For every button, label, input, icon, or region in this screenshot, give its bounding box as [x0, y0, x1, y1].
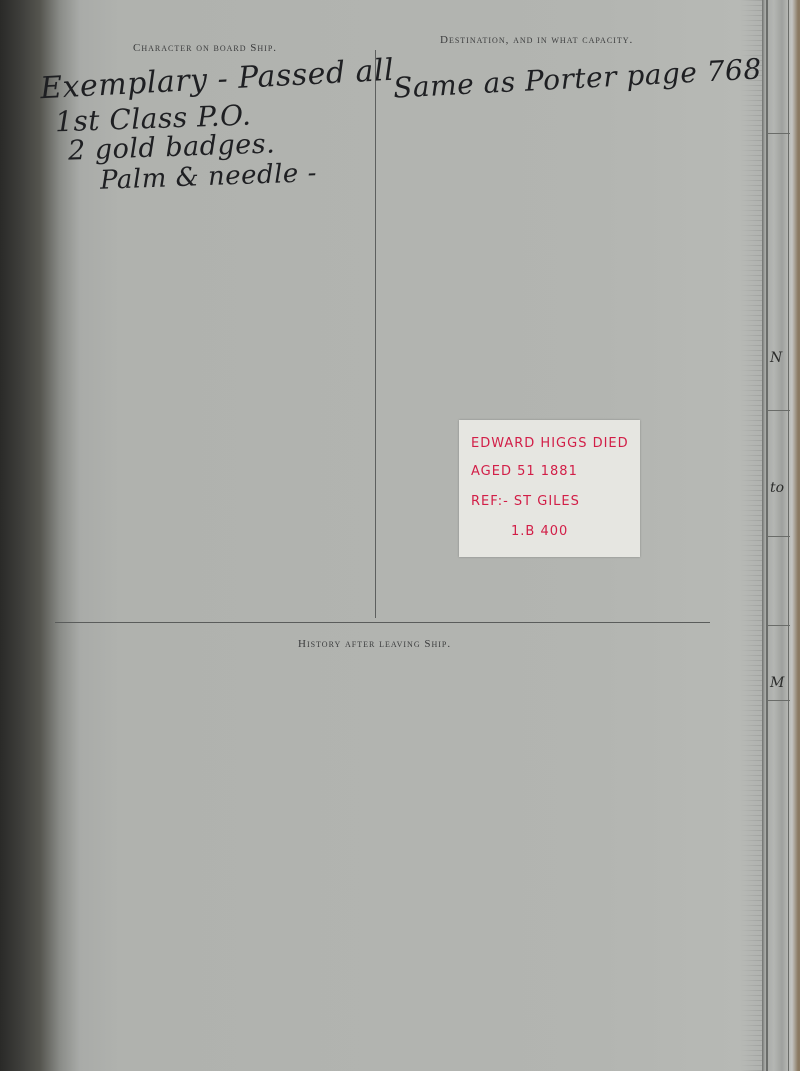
margin-mark-3: M	[770, 675, 784, 691]
register-page: Character on board Ship. Destination, an…	[0, 0, 800, 1071]
edge-tick	[768, 536, 790, 537]
edge-tick	[768, 700, 790, 701]
destination-entry: Same as Porter page 768	[392, 52, 762, 104]
note-line-2: AGED 51 1881	[471, 464, 578, 479]
character-entry-line-1: Exemplary - Passed all	[39, 53, 395, 106]
edge-tick	[768, 133, 790, 134]
column-divider	[375, 50, 376, 618]
margin-mark-2: to	[770, 480, 784, 496]
attached-note: EDWARD HIGGS DIED AGED 51 1881 REF:- ST …	[459, 420, 640, 557]
header-destination-capacity: Destination, and in what capacity.	[440, 34, 633, 46]
adjacent-page-edge: N to M	[762, 0, 800, 1071]
edge-tick	[768, 410, 790, 411]
character-entry-line-4: Palm & needle -	[100, 158, 318, 196]
margin-mark-1: N	[770, 350, 782, 366]
note-line-3: REF:- ST GILES	[471, 494, 580, 509]
header-history-after-leaving-ship: History after leaving Ship.	[298, 638, 451, 650]
header-character-on-board-ship: Character on board Ship.	[133, 42, 277, 54]
edge-tick	[768, 625, 790, 626]
note-line-4: 1.B 400	[511, 524, 568, 539]
section-divider	[55, 622, 710, 623]
note-line-1: EDWARD HIGGS DIED	[471, 436, 629, 451]
